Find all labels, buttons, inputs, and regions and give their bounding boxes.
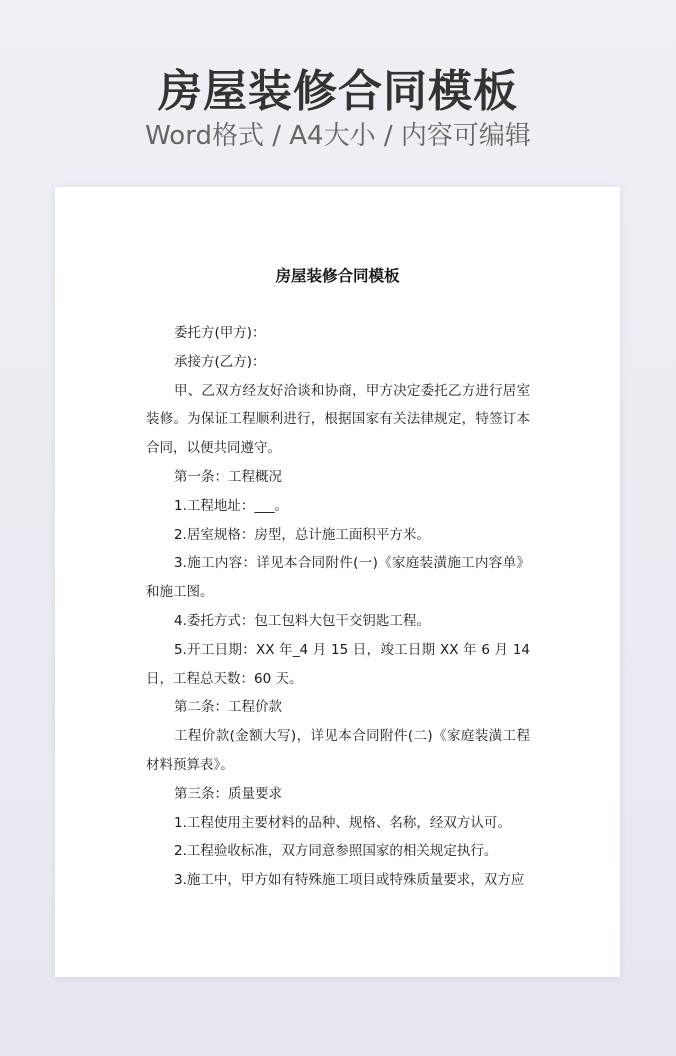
banner-title: 房屋装修合同模板 <box>0 64 676 120</box>
clause-1-3: 3.施工内容：详见本合同附件(一)《家庭装潢施工内容单》和施工图。 <box>146 549 530 607</box>
party-b-line: 承接方(乙方)： <box>146 348 530 377</box>
document-page: 房屋装修合同模板 委托方(甲方)： 承接方(乙方)： 甲、乙双方经友好洽谈和协商… <box>55 187 620 977</box>
party-a-line: 委托方(甲方)： <box>146 319 530 348</box>
document-title: 房屋装修合同模板 <box>55 265 620 287</box>
clause-1-5: 5.开工日期：XX 年_4 月 15 日，竣工日期 XX 年 6 月 14 日，… <box>146 636 530 694</box>
clause-3-2: 2.工程验收标准，双方同意参照国家的相关规定执行。 <box>146 837 530 866</box>
preamble-paragraph: 甲、乙双方经友好洽谈和协商，甲方决定委托乙方进行居室装修。为保证工程顺利进行，根… <box>146 377 530 463</box>
article-1-heading: 第一条：工程概况 <box>146 463 530 492</box>
clause-3-3: 3.施工中，甲方如有特殊施工项目或特殊质量要求，双方应 <box>146 866 530 895</box>
clause-1-4: 4.委托方式：包工包料大包干交钥匙工程。 <box>146 607 530 636</box>
clause-1-2: 2.居室规格：房型，总计施工面积平方米。 <box>146 521 530 550</box>
article-3-heading: 第三条：质量要求 <box>146 780 530 809</box>
clause-3-1: 1.工程使用主要材料的品种、规格、名称，经双方认可。 <box>146 809 530 838</box>
banner-subtitle: Word格式 / A4大小 / 内容可编辑 <box>0 118 676 154</box>
clause-1-1: 1.工程地址：___。 <box>146 492 530 521</box>
document-body: 委托方(甲方)： 承接方(乙方)： 甲、乙双方经友好洽谈和协商，甲方决定委托乙方… <box>146 319 530 895</box>
article-2-heading: 第二条：工程价款 <box>146 693 530 722</box>
clause-2-1: 工程价款(金额大写)，详见本合同附件(二)《家庭装潢工程材料预算表》。 <box>146 722 530 780</box>
